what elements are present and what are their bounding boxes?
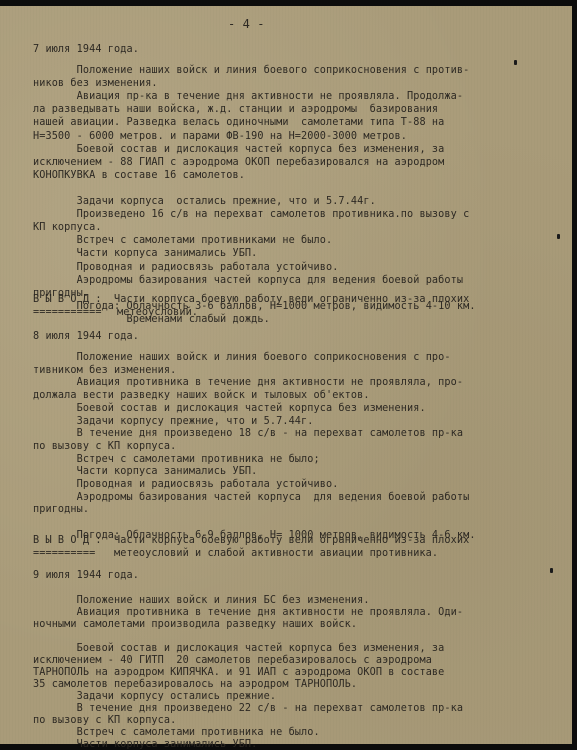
- ink-mark: [550, 568, 553, 573]
- text-line: ла разведывать наши войска, ж.д. станции…: [33, 103, 438, 116]
- ink-mark: [557, 234, 560, 239]
- conclusion-line-jul7-2: метеоусловий.: [117, 306, 198, 319]
- text-line: Части корпуса занимались УБП.: [33, 738, 257, 750]
- text-line: должала вести разведку наших войск и тыл…: [33, 389, 370, 402]
- text-line: Аэродромы базирования частей корпуса для…: [33, 274, 463, 287]
- text-line: Боевой состав и дислокация частей корпус…: [33, 143, 444, 156]
- conclusion-line-jul8-2: метеоусловий и слабой активности авиации…: [114, 547, 438, 560]
- conclusion-line-jul8-1: Части корпуса боевую работу вели огранич…: [114, 534, 469, 547]
- text-line: по вызову с КП корпуса.: [33, 440, 176, 453]
- text-line: Положение наших войск и линия боевого со…: [33, 351, 451, 364]
- text-line: В течение дня произведено 18 с/в - на пе…: [33, 427, 463, 440]
- text-line: КП корпуса.: [33, 221, 102, 234]
- text-line: Встреч с самолетами противника не было;: [33, 453, 320, 466]
- text-line: тивником без изменения.: [33, 364, 176, 377]
- text-line: Н=3500 - 6000 метров. и парами ФВ-190 на…: [33, 130, 407, 143]
- ink-mark: [514, 60, 517, 65]
- section-date-jul7: 7 июля 1944 года.: [33, 43, 139, 56]
- text-line: Боевой состав и дислокация частей корпус…: [33, 402, 426, 415]
- conclusion-underline-jul8: ==========: [33, 547, 95, 560]
- text-line: Авиация пр-ка в течение дня активности н…: [33, 90, 463, 103]
- document-page: - 4 - 7 июля 1944 года. Положение наших …: [0, 6, 572, 744]
- text-line: ников без изменения.: [33, 77, 158, 90]
- text-line: Проводная и радиосвязь работала устойчив…: [33, 478, 338, 491]
- text-line: КОНОПКУВКА в составе 16 самолетов.: [33, 169, 245, 182]
- text-line: пригодны.: [33, 503, 89, 516]
- section-date-jul9: 9 июля 1944 года.: [33, 569, 139, 582]
- page-number: - 4 -: [228, 18, 265, 31]
- text-line: Аэродромы базирования частей корпуса для…: [33, 491, 469, 504]
- text-line: Произведено 16 с/в на перехват самолетов…: [33, 208, 469, 221]
- text-line: Части корпуса занимались УБП.: [33, 465, 257, 478]
- conclusion-label-jul7: В Ы В О Д :: [33, 293, 102, 306]
- text-line: Авиация противника в течение дня активно…: [33, 376, 463, 389]
- text-line: Задачи корпусу прежние, что и 5.7.44г.: [33, 415, 314, 428]
- text-line: Части корпуса занимались УБП.: [33, 247, 257, 260]
- text-line: Задачи корпуса остались прежние, что и 5…: [33, 195, 376, 208]
- section-date-jul8: 8 июля 1944 года.: [33, 330, 139, 343]
- text-line: Проводная и радиосвязь работала устойчив…: [33, 261, 338, 274]
- conclusion-line-jul7-1: Части корпуса боевую работу вели огранич…: [114, 293, 469, 306]
- conclusion-label-jul8: В Ы В О Д :: [33, 534, 102, 547]
- text-line: Положение наших войск и линия боевого со…: [33, 64, 469, 77]
- conclusion-underline-jul7: ===========: [33, 306, 102, 319]
- text-line: нашей авиации. Разведка велась одиночным…: [33, 116, 444, 129]
- text-line: ночными самолетами производила разведку …: [33, 618, 357, 631]
- text-line: Встреч с самолетами противниками не было…: [33, 234, 332, 247]
- text-line: исключением - 88 ГИАП с аэродрома ОКОП п…: [33, 156, 444, 169]
